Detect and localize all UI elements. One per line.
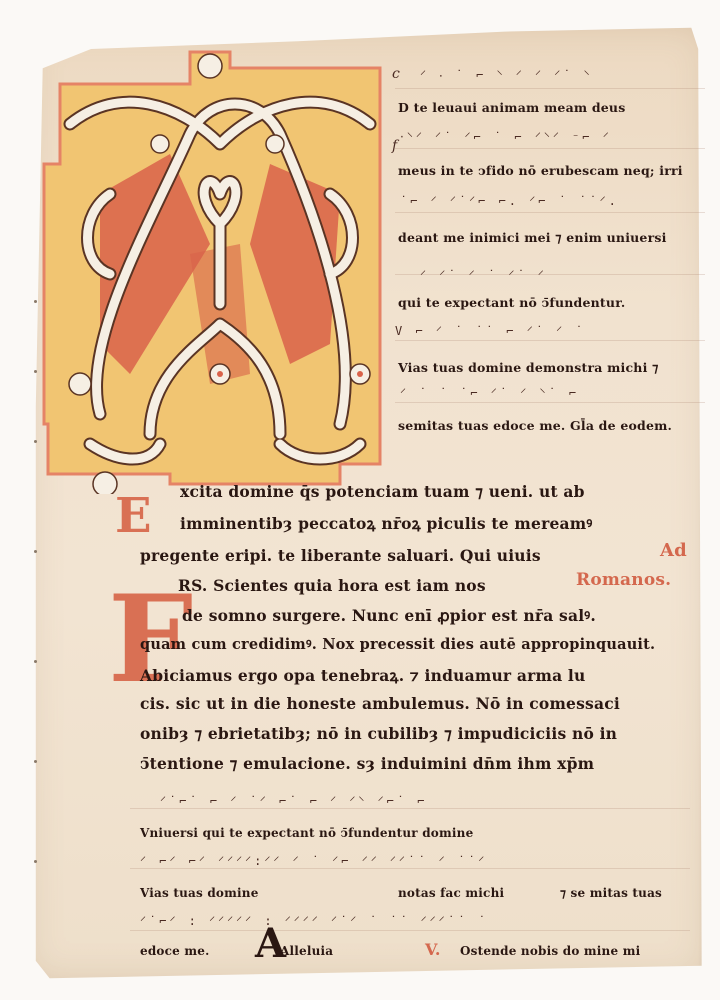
chant-text-part: Alleluia	[280, 944, 333, 958]
staff-line	[395, 212, 705, 213]
prose-line: de somno surgere. Nunc enī ꝓpior est nr̄…	[182, 604, 596, 626]
prose-line: Abiciamus ergo opa tenebraꝝ. ⁊ induamur …	[140, 664, 586, 686]
prose-line: RS. Scientes quia hora est iam nos	[178, 576, 486, 595]
prose-line: quam cum credidimꝰ. Nox precessit dies a…	[140, 634, 655, 654]
prose-line: pregente eripi. te liberante saluari. Qu…	[140, 546, 541, 565]
illuminated-initial	[40, 44, 388, 494]
chant-text-part: Vias tuas domine	[140, 886, 259, 900]
neume-row: ⸍ ⸍˙ ⸍ ˙ ⸍˙ ⸍	[420, 266, 547, 283]
neume-row: ˙⌐ ⸍ ⸍˙⸍⌐ ⌐. ⸍⌐ ˙ ˙˙⸍.	[400, 192, 619, 209]
pricking-mark	[34, 440, 37, 443]
verse-mark: V.	[425, 940, 441, 959]
pricking-mark	[34, 660, 37, 663]
prose-line: xcita domine q̄s potenciam tuam ⁊ ueni. …	[180, 482, 585, 501]
chant-text-line: semitas tuas edoce me. Gl̄a de eodem.	[398, 418, 672, 433]
chant-text-part: ⁊ se mitas tuas	[560, 886, 662, 900]
chant-text-part: notas fac michi	[398, 886, 504, 900]
prose-line: onibȝ ⁊ ebrietatibȝ; nō in cubilibȝ ⁊ im…	[140, 724, 617, 743]
interlace-initial-icon	[40, 44, 388, 494]
neume-row: ⸍ ‧ ˙ ⌐ ⸌ ⸍ ⸍ ⸍˙ ⸌	[420, 66, 593, 83]
red-initial-e: E	[115, 488, 152, 544]
staff-line	[395, 148, 705, 149]
chant-text-line: Vniuersi qui te expectant nō ↄ̄fundentur…	[140, 826, 473, 840]
staff-line	[395, 402, 705, 403]
chant-text-line: deant me inimici mei ⁊ enim uniuersi	[398, 230, 667, 245]
staff-line	[395, 340, 705, 341]
chant-text-line: D te leuaui animam meam deus	[398, 100, 625, 115]
chant-text-line: qui te expectant nō ↄ̄fundentur.	[398, 295, 625, 310]
pricking-mark	[34, 550, 37, 553]
neume-row: ‧⸌⸍ ⸍˙ ⸍⌐ ˙ ⌐ ⸍⸌⸍ ⁻⌐ ⸍	[400, 128, 612, 145]
chant-text-line: meus in te ↄfido nō erubescam neq; irri	[398, 163, 683, 178]
staff-line	[130, 930, 690, 931]
c-clef: c	[392, 66, 400, 82]
prose-line: imminentibȝ peccatoꝝ nr̄oꝝ piculis te me…	[180, 512, 592, 534]
f-clef: f	[392, 138, 397, 154]
pricking-mark	[34, 300, 37, 303]
pricking-mark	[34, 370, 37, 373]
staff-line	[395, 88, 705, 89]
rubric-romanos: Romanos.	[576, 570, 671, 590]
neume-row: ⸍ ˙ ˙ ˙⌐ ⸍˙ ⸍ ⸌˙ ⌐	[400, 384, 579, 401]
prose-line: cis. sic ut in die honeste ambulemus. Nō…	[140, 694, 620, 713]
neume-row: V ⌐ ⸍ ˙ ˙˙ ⌐ ⸍˙ ⸍ ˙	[395, 322, 586, 339]
pricking-mark	[34, 860, 37, 863]
chant-text-line: Vias tuas domine demonstra michi ⁊	[398, 360, 659, 375]
pricking-mark	[34, 760, 37, 763]
neume-row: ⸍˙⌐⸍ : ⸍⸍⸍⸍⸍ : ⸍⸍⸍⸍ ⸍˙⸍ ˙ ˙˙ ⸍⸍⸍˙˙ ˙	[140, 912, 489, 929]
prose-line: ↄ̄tentione ⁊ emulacione. sȝ induimini dn…	[140, 754, 594, 773]
chant-text-part: Ostende nobis do mine mi	[460, 944, 640, 958]
neume-row: ⸍ ⌐⸍ ⌐⸍ ⸍⸍⸍⸍:⸍⸍ ⸍ ˙ ⸍⌐ ⸍⸍ ⸍⸍˙˙ ⸍ ˙˙⸍	[140, 852, 487, 869]
neume-row: ⸍˙⌐˙ ⌐ ⸍ ˙⸍ ⌐˙ ⌐ ⸍ ⸍⸌ ⸍⌐˙ ⌐	[160, 792, 428, 809]
rubric-ad: Ad	[660, 540, 687, 561]
chant-text-part: edoce me.	[140, 944, 209, 958]
